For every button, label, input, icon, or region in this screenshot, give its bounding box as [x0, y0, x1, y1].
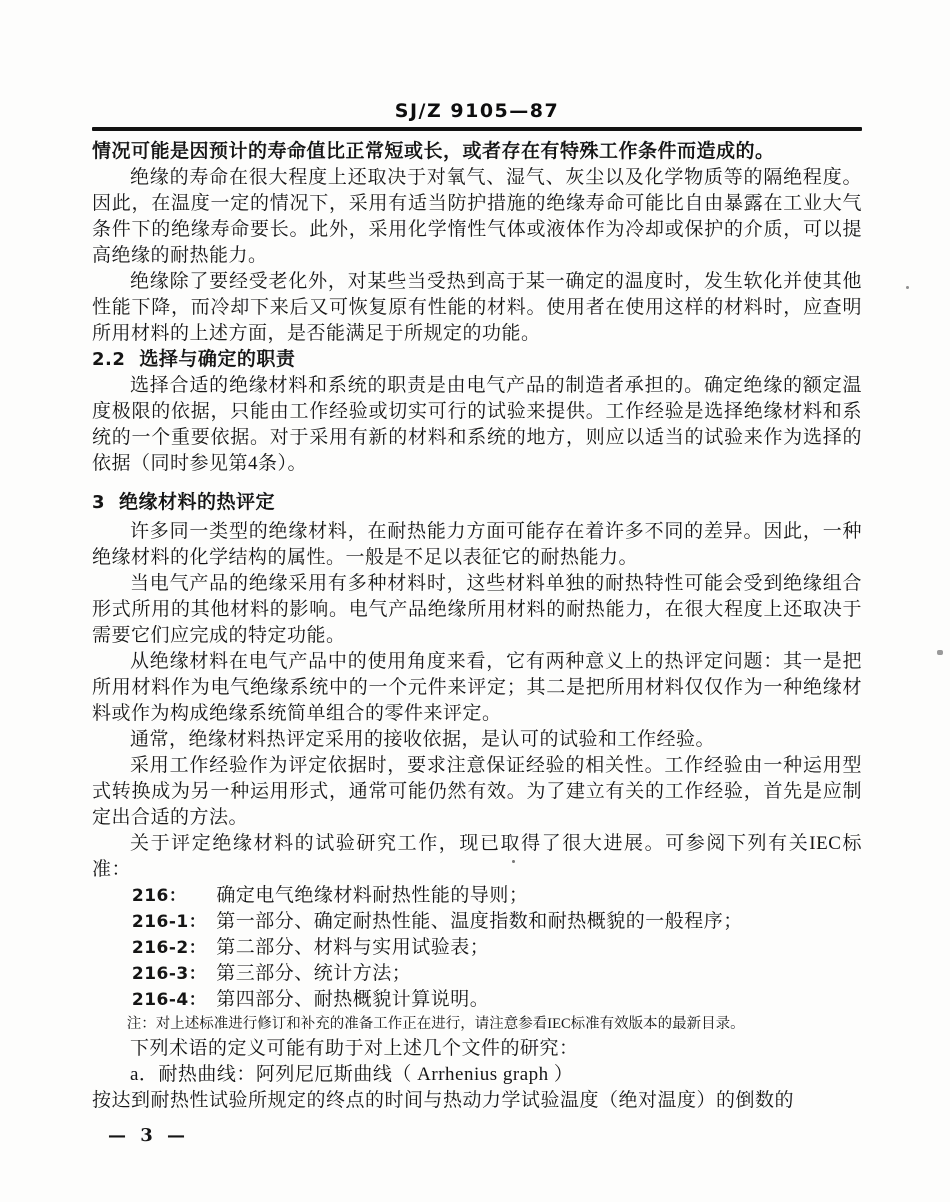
iec-standard-code: 216-1： [132, 912, 206, 932]
paragraph: 采用工作经验作为评定依据时，要求注意保证经验的相关性。工作经验由一种运用型式转换… [92, 753, 862, 831]
iec-standard-text: 第一部分、确定耐热性能、温度指数和耐热概貌的一般程序； [216, 911, 743, 932]
paragraph: 绝缘除了要经受老化外，对某些当受热到高于某一确定的温度时，发生软化并使其他性能下… [92, 269, 862, 347]
iec-standard-item: 216：确定电气绝缘材料耐热性能的导则； [132, 883, 862, 909]
page-content: SJ/Z 9105—87 情况可能是因预计的寿命值比正常短或长，或者存在有特殊工… [92, 100, 862, 1149]
iec-standard-item: 216-2：第二部分、材料与实用试验表； [132, 935, 862, 961]
section-title: 绝缘材料的热评定 [119, 492, 275, 513]
paragraph: 绝缘的寿命在很大程度上还取决于对氧气、湿气、灰尘以及化学物质等的隔绝程度。因此，… [92, 165, 862, 269]
term-a-body: 按达到耐热性试验所规定的终点的时间与热动力学试验温度（绝对温度）的倒数的 [92, 1088, 862, 1114]
section-number: 2.2 [92, 349, 125, 370]
paragraph: 许多同一类型的绝缘材料，在耐热能力方面可能存在着许多不同的差异。因此，一种绝缘材… [92, 519, 862, 571]
iec-standards-list: 216：确定电气绝缘材料耐热性能的导则； 216-1：第一部分、确定耐热性能、温… [92, 883, 862, 1013]
iec-standard-item: 216-4：第四部分、耐热概貌计算说明。 [132, 987, 862, 1013]
iec-standard-code: 216-3： [132, 964, 206, 984]
body-text: 情况可能是因预计的寿命值比正常短或长，或者存在有特殊工作条件而造成的。 绝缘的寿… [92, 139, 862, 1149]
paragraph: 关于评定绝缘材料的试验研究工作，现已取得了很大进展。可参阅下列有关IEC标准： [92, 831, 862, 883]
paragraph: 当电气产品的绝缘采用有多种材料时，这些材料单独的耐热特性可能会受到绝缘组合形式所… [92, 571, 862, 649]
page-number: — 3 — [108, 1123, 862, 1149]
paragraph: 通常，绝缘材料热评定采用的接收依据，是认可的试验和工作经验。 [92, 727, 862, 753]
section-heading-3: 3绝缘材料的热评定 [92, 490, 862, 516]
paragraph: 从绝缘材料在电气产品中的使用角度来看，它有两种意义上的热评定问题：其一是把所用材… [92, 649, 862, 727]
note-line: 注：对上述标准进行修订和补充的准备工作正在进行，请注意参看IEC标准有效版本的最… [127, 1013, 862, 1036]
scan-speck [512, 860, 515, 863]
iec-standard-item: 216-3：第三部分、统计方法； [132, 961, 862, 987]
paragraph: 选择合适的绝缘材料和系统的职责是由电气产品的制造者承担的。确定绝缘的额定温度极限… [92, 373, 862, 477]
iec-standard-text: 第三部分、统计方法； [216, 963, 411, 984]
iec-standard-code: 216： [132, 886, 187, 906]
section-heading-2-2: 2.2选择与确定的职责 [92, 347, 862, 373]
section-title: 选择与确定的职责 [139, 349, 295, 370]
scan-speck [906, 286, 909, 289]
term-a-line: a．耐热曲线：阿列尼厄斯曲线（ Arrhenius graph ） [92, 1062, 862, 1088]
section-number: 3 [92, 492, 105, 513]
iec-standard-text: 第四部分、耐热概貌计算说明。 [216, 989, 489, 1010]
iec-standard-text: 确定电气绝缘材料耐热性能的导则； [216, 885, 528, 906]
iec-standard-text: 第二部分、材料与实用试验表； [216, 937, 489, 958]
header-rule [92, 127, 862, 131]
doc-code-header: SJ/Z 9105—87 [92, 100, 862, 122]
terms-intro: 下列术语的定义可能有助于对上述几个文件的研究： [92, 1036, 862, 1062]
paragraph-continuation: 情况可能是因预计的寿命值比正常短或长，或者存在有特殊工作条件而造成的。 [92, 139, 862, 165]
iec-standard-code: 216-4： [132, 990, 206, 1010]
iec-standard-item: 216-1：第一部分、确定耐热性能、温度指数和耐热概貌的一般程序； [132, 909, 862, 935]
iec-standard-code: 216-2： [132, 938, 206, 958]
scan-speck [937, 650, 943, 655]
document-page: SJ/Z 9105—87 情况可能是因预计的寿命值比正常短或长，或者存在有特殊工… [0, 0, 950, 1202]
